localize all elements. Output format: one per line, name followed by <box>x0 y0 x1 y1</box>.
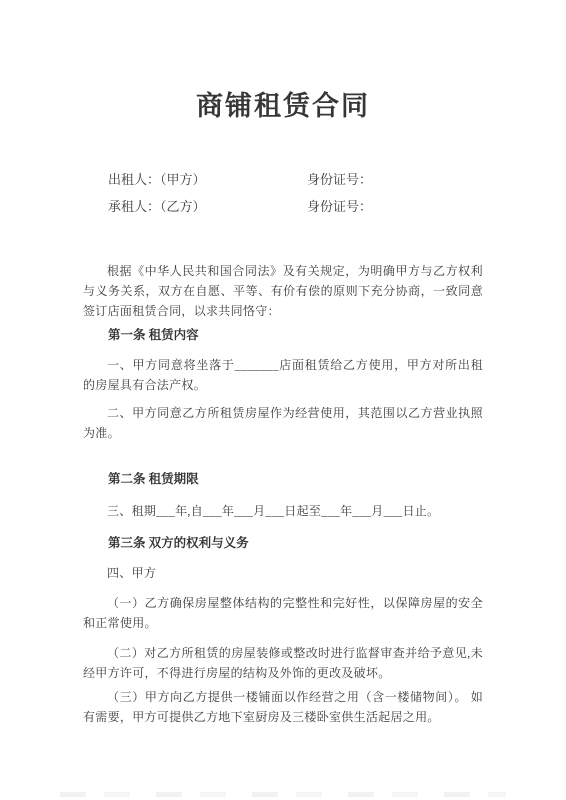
contract-page: 商铺租赁合同 出租人：（甲方）身份证号： 承租人：（乙方）身份证号： 根据《中华… <box>0 0 566 800</box>
lessor-id-label: 身份证号： <box>307 172 372 188</box>
clause-1-paragraph: 一、甲方同意将坐落于_______店面租赁给乙方使用，甲方对所出租的房屋具有合法… <box>83 355 483 395</box>
clause-4-item-2-paragraph: （二）对乙方所租赁的房屋装修或整改时进行监督审查并给予意见,未经甲方许可，不得进… <box>83 643 483 683</box>
cutoff-text-artifact <box>60 792 506 797</box>
lessee-row: 承租人：（乙方）身份证号： <box>108 199 483 215</box>
section-1-heading: 第一条 租赁内容 <box>83 325 483 345</box>
clause-4-item-3-paragraph: （三）甲方向乙方提供一楼铺面以作经营之用（含一楼储物间）。 如有需要，甲方可提供… <box>83 687 483 727</box>
lessee-label: 承租人：（乙方） <box>108 199 307 215</box>
clause-3-term-paragraph: 三、租期___年,自___年___月___日起至___年___月___日止。 <box>83 501 483 521</box>
clause-4-party-a-paragraph: 四、甲方 <box>83 563 483 583</box>
lessee-id-label: 身份证号： <box>307 199 372 215</box>
lessor-row: 出租人：（甲方）身份证号： <box>108 172 483 188</box>
section-3-heading: 第三条 双方的权利与义务 <box>83 533 483 553</box>
preamble-paragraph: 根据《中华人民共和国合同法》及有关规定，为明确甲方与乙方权利与义务关系，双方在自… <box>83 261 483 321</box>
clause-4-item-1-paragraph: （一）乙方确保房屋整体结构的完整性和完好性，以保障房屋的安全和正常使用。 <box>83 593 483 633</box>
section-2-heading: 第二条 租赁期限 <box>83 469 483 489</box>
lessor-label: 出租人：（甲方） <box>108 172 307 188</box>
clause-2-paragraph: 二、甲方同意乙方所租赁房屋作为经营使用，其范围以乙方营业执照为准。 <box>83 403 483 443</box>
document-title: 商铺租赁合同 <box>83 88 483 124</box>
